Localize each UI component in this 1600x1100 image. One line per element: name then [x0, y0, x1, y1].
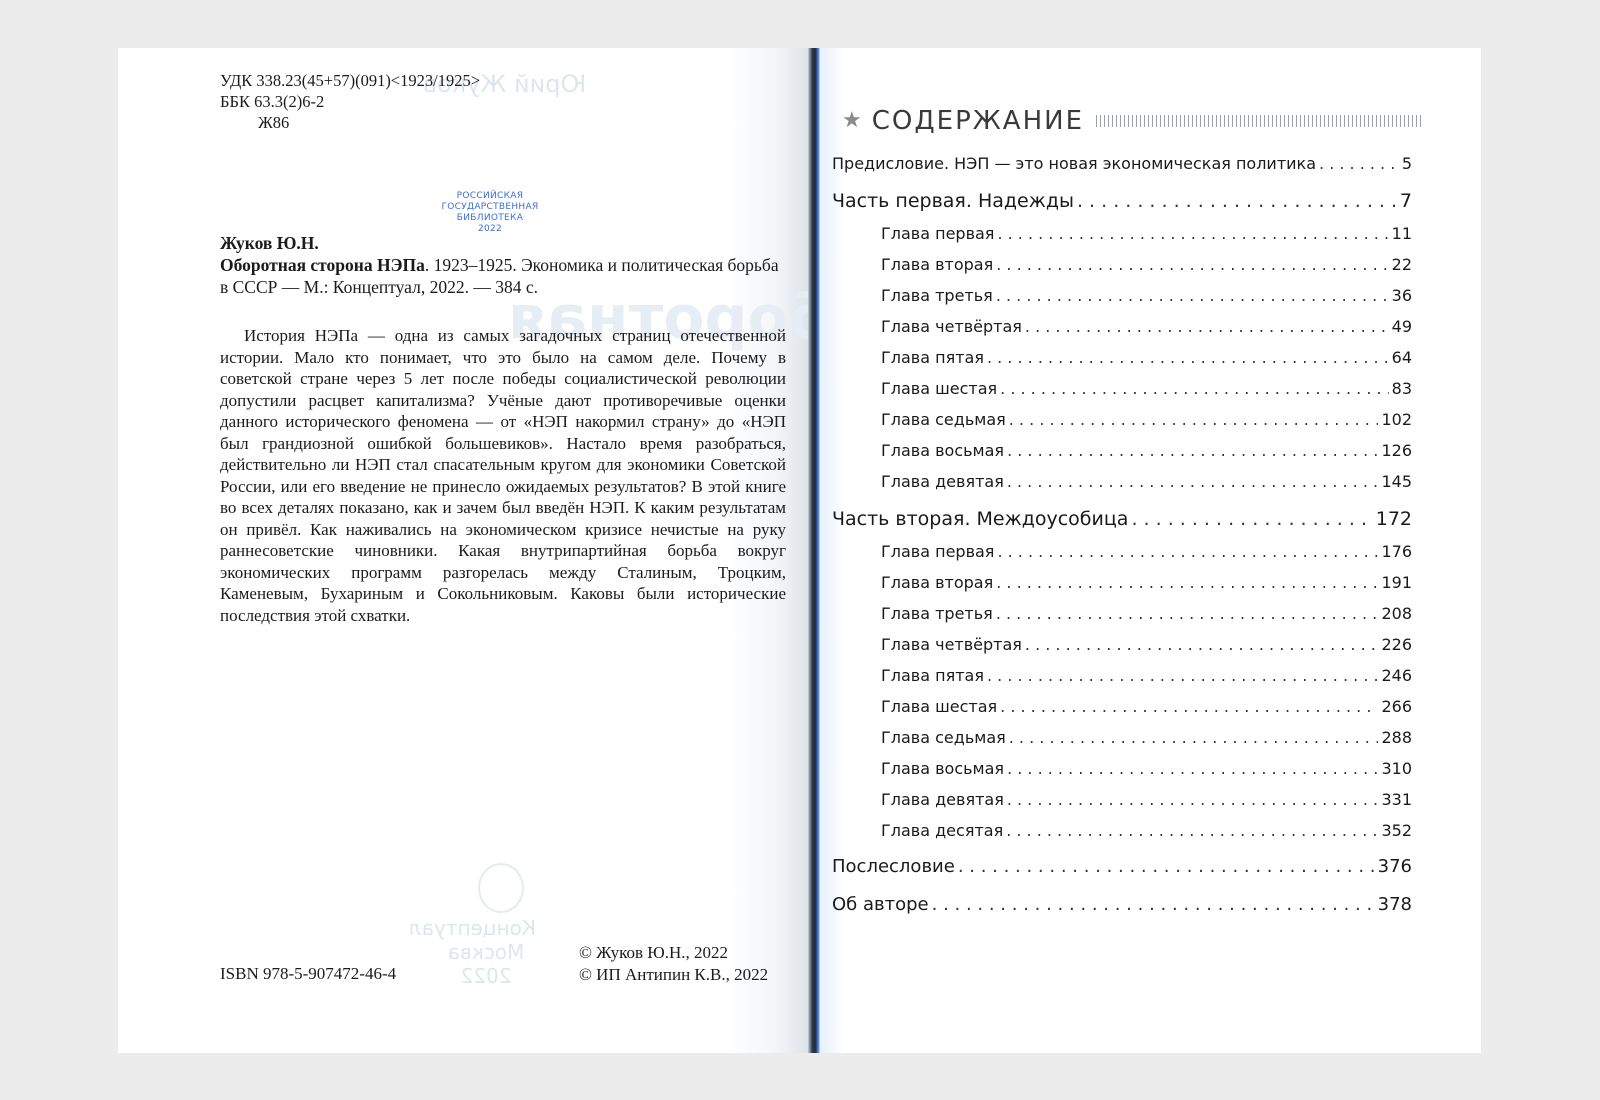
toc-dot-leader [1007, 472, 1379, 491]
toc-entry: Глава вторая191 [832, 573, 1412, 592]
toc-dot-leader [1319, 154, 1399, 173]
toc-entry-page-number: 266 [1381, 697, 1412, 716]
toc-entry-page-number: 11 [1392, 224, 1412, 243]
library-stamp: РОССИЙСКАЯ ГОСУДАРСТВЕННАЯ БИБЛИОТЕКА 20… [420, 191, 560, 235]
decorative-hatch-rule [1096, 115, 1422, 127]
toc-entry-page-number: 331 [1381, 790, 1412, 809]
toc-entry-page-number: 126 [1381, 441, 1412, 460]
toc-dot-leader [996, 286, 1389, 305]
author-mark: Ж86 [220, 112, 480, 133]
toc-entry: Часть первая. Надежды7 [832, 190, 1412, 212]
toc-dot-leader [1007, 790, 1379, 809]
toc-dot-leader [1007, 759, 1378, 778]
left-page: Юрий Жуков Оборотная Концептуал Москва 2… [118, 48, 808, 1053]
toc-entry-page-number: 226 [1381, 635, 1412, 654]
copyright-author: © Жуков Ю.Н., 2022 [579, 942, 768, 964]
toc-entry-page-number: 64 [1392, 348, 1412, 367]
show-through-city: Москва [436, 940, 536, 964]
toc-entry: Глава пятая64 [832, 348, 1412, 367]
toc-entry-label: Глава восьмая [881, 441, 1004, 460]
toc-dot-leader [997, 224, 1388, 243]
show-through-logo-icon [478, 863, 524, 913]
show-through-imprint: Концептуал Москва 2022 [436, 916, 536, 988]
book-author: Жуков Ю.Н. [220, 233, 319, 253]
toc-dot-leader [997, 542, 1378, 561]
toc-entry-page-number: 172 [1376, 508, 1412, 530]
toc-entry: Предисловие. НЭП — это новая экономическ… [832, 154, 1412, 173]
toc-entry: Глава пятая246 [832, 666, 1412, 685]
toc-entry-label: Глава пятая [881, 666, 984, 685]
toc-entry-label: Послесловие [832, 856, 955, 877]
toc-entry-label: Глава девятая [881, 472, 1004, 491]
toc-entry: Глава первая176 [832, 542, 1412, 561]
stamp-line-3: БИБЛИОТЕКА [420, 213, 560, 224]
toc-entry-page-number: 376 [1378, 856, 1412, 877]
toc-entry-page-number: 378 [1378, 894, 1412, 915]
toc-entry-label: Глава четвёртая [881, 635, 1022, 654]
toc-dot-leader [987, 348, 1389, 367]
toc-entry: Глава вторая22 [832, 255, 1412, 274]
toc-entry: Глава шестая266 [832, 697, 1412, 716]
toc-entry: Часть вторая. Междоусобица172 [832, 508, 1412, 530]
toc-entry-label: Глава седьмая [881, 410, 1006, 429]
toc-entry: Глава седьмая102 [832, 410, 1412, 429]
right-page: ★ СОДЕРЖАНИЕ Предисловие. НЭП — это нова… [820, 48, 1481, 1053]
toc-dot-leader [996, 573, 1378, 592]
toc-dot-leader [1025, 635, 1379, 654]
toc-entry-page-number: 246 [1381, 666, 1412, 685]
udk-code: УДК 338.23(45+57)(091)<1923/1925> [220, 70, 480, 91]
toc-entry-label: Глава шестая [881, 697, 997, 716]
toc-entry-label: Глава вторая [881, 573, 993, 592]
toc-entry: Глава третья208 [832, 604, 1412, 623]
toc-entry-label: Глава вторая [881, 255, 993, 274]
toc-title: СОДЕРЖАНИЕ [872, 106, 1084, 136]
toc-entry: Глава шестая83 [832, 379, 1412, 398]
toc-entry: Глава девятая145 [832, 472, 1412, 491]
toc-dot-leader [932, 894, 1375, 915]
toc-dot-leader [1007, 441, 1378, 460]
toc-entry-label: Глава восьмая [881, 759, 1004, 778]
toc-entry: Послесловие376 [832, 856, 1412, 877]
toc-entry: Глава четвёртая226 [832, 635, 1412, 654]
toc-dot-leader [1131, 508, 1372, 530]
toc-entry-page-number: 145 [1381, 472, 1412, 491]
classification-codes: УДК 338.23(45+57)(091)<1923/1925> ББК 63… [220, 70, 480, 133]
show-through-publisher: Концептуал [436, 916, 536, 940]
toc-entry: Глава седьмая288 [832, 728, 1412, 747]
toc-dot-leader [1000, 379, 1389, 398]
toc-entry-label: Глава десятая [881, 821, 1003, 840]
toc-entry-page-number: 22 [1392, 255, 1412, 274]
toc-entry-page-number: 352 [1381, 821, 1412, 840]
copyright-publisher: © ИП Антипин К.В., 2022 [579, 964, 768, 986]
toc-entry-label: Глава первая [881, 542, 994, 561]
toc-entry-label: Глава третья [881, 286, 993, 305]
toc-entry-label: Глава третья [881, 604, 993, 623]
book-spine [808, 48, 820, 1053]
bibliographic-entry: Жуков Ю.Н. Оборотная сторона НЭПа. 1923–… [220, 232, 790, 298]
toc-dot-leader [996, 255, 1388, 274]
book-spread: Юрий Жуков Оборотная Концептуал Москва 2… [118, 48, 1481, 1053]
bbk-code: ББК 63.3(2)6-2 [220, 91, 480, 112]
toc-entry: Глава третья36 [832, 286, 1412, 305]
toc-entry: Глава десятая352 [832, 821, 1412, 840]
toc-entry-page-number: 310 [1381, 759, 1412, 778]
star-icon: ★ [842, 110, 862, 132]
toc-entry-page-number: 176 [1381, 542, 1412, 561]
toc-entry-label: Часть вторая. Междоусобица [832, 508, 1128, 530]
toc-entry-page-number: 36 [1392, 286, 1412, 305]
toc-dot-leader [1009, 728, 1379, 747]
toc-dot-leader [1006, 821, 1378, 840]
toc-entry-label: Глава седьмая [881, 728, 1006, 747]
show-through-year: 2022 [436, 964, 536, 988]
toc-entry-page-number: 191 [1381, 573, 1412, 592]
annotation-text: История НЭПа — одна из самых загадочных … [220, 325, 786, 626]
toc-entry: Об авторе378 [832, 894, 1412, 915]
toc-entry-label: Глава девятая [881, 790, 1004, 809]
toc-entry: Глава восьмая310 [832, 759, 1412, 778]
book-title: Оборотная сторона НЭПа [220, 255, 425, 275]
toc-entry-label: Об авторе [832, 894, 929, 915]
toc-entry-label: Глава четвёртая [881, 317, 1022, 336]
toc-entry-label: Глава пятая [881, 348, 984, 367]
toc-entry-page-number: 49 [1392, 317, 1412, 336]
toc-entry: Глава восьмая126 [832, 441, 1412, 460]
toc-entry-label: Часть первая. Надежды [832, 190, 1074, 212]
toc-dot-leader [987, 666, 1379, 685]
toc-entry-page-number: 208 [1381, 604, 1412, 623]
stamp-line-1: РОССИЙСКАЯ [420, 191, 560, 202]
toc-entry-page-number: 288 [1381, 728, 1412, 747]
toc-entry: Глава четвёртая49 [832, 317, 1412, 336]
stamp-line-2: ГОСУДАРСТВЕННАЯ [420, 202, 560, 213]
isbn: ISBN 978-5-907472-46-4 [220, 964, 396, 984]
toc-dot-leader [958, 856, 1375, 877]
toc-entry: Глава первая11 [832, 224, 1412, 243]
toc-entry: Глава девятая331 [832, 790, 1412, 809]
toc-entry-label: Глава шестая [881, 379, 997, 398]
toc-entry-page-number: 5 [1402, 154, 1412, 173]
toc-header: ★ СОДЕРЖАНИЕ [842, 104, 1422, 138]
toc-entry-page-number: 7 [1400, 190, 1412, 212]
toc-dot-leader [996, 604, 1379, 623]
toc-entry-label: Предисловие. НЭП — это новая экономическ… [832, 154, 1316, 173]
toc-dot-leader [1025, 317, 1389, 336]
toc-dot-leader [1009, 410, 1379, 429]
toc-entry-page-number: 102 [1381, 410, 1412, 429]
toc-entry-label: Глава первая [881, 224, 994, 243]
toc-entry-page-number: 83 [1392, 379, 1412, 398]
copyright-block: © Жуков Ю.Н., 2022 © ИП Антипин К.В., 20… [579, 942, 768, 986]
toc-dot-leader [1000, 697, 1378, 716]
toc-dot-leader [1077, 190, 1397, 212]
